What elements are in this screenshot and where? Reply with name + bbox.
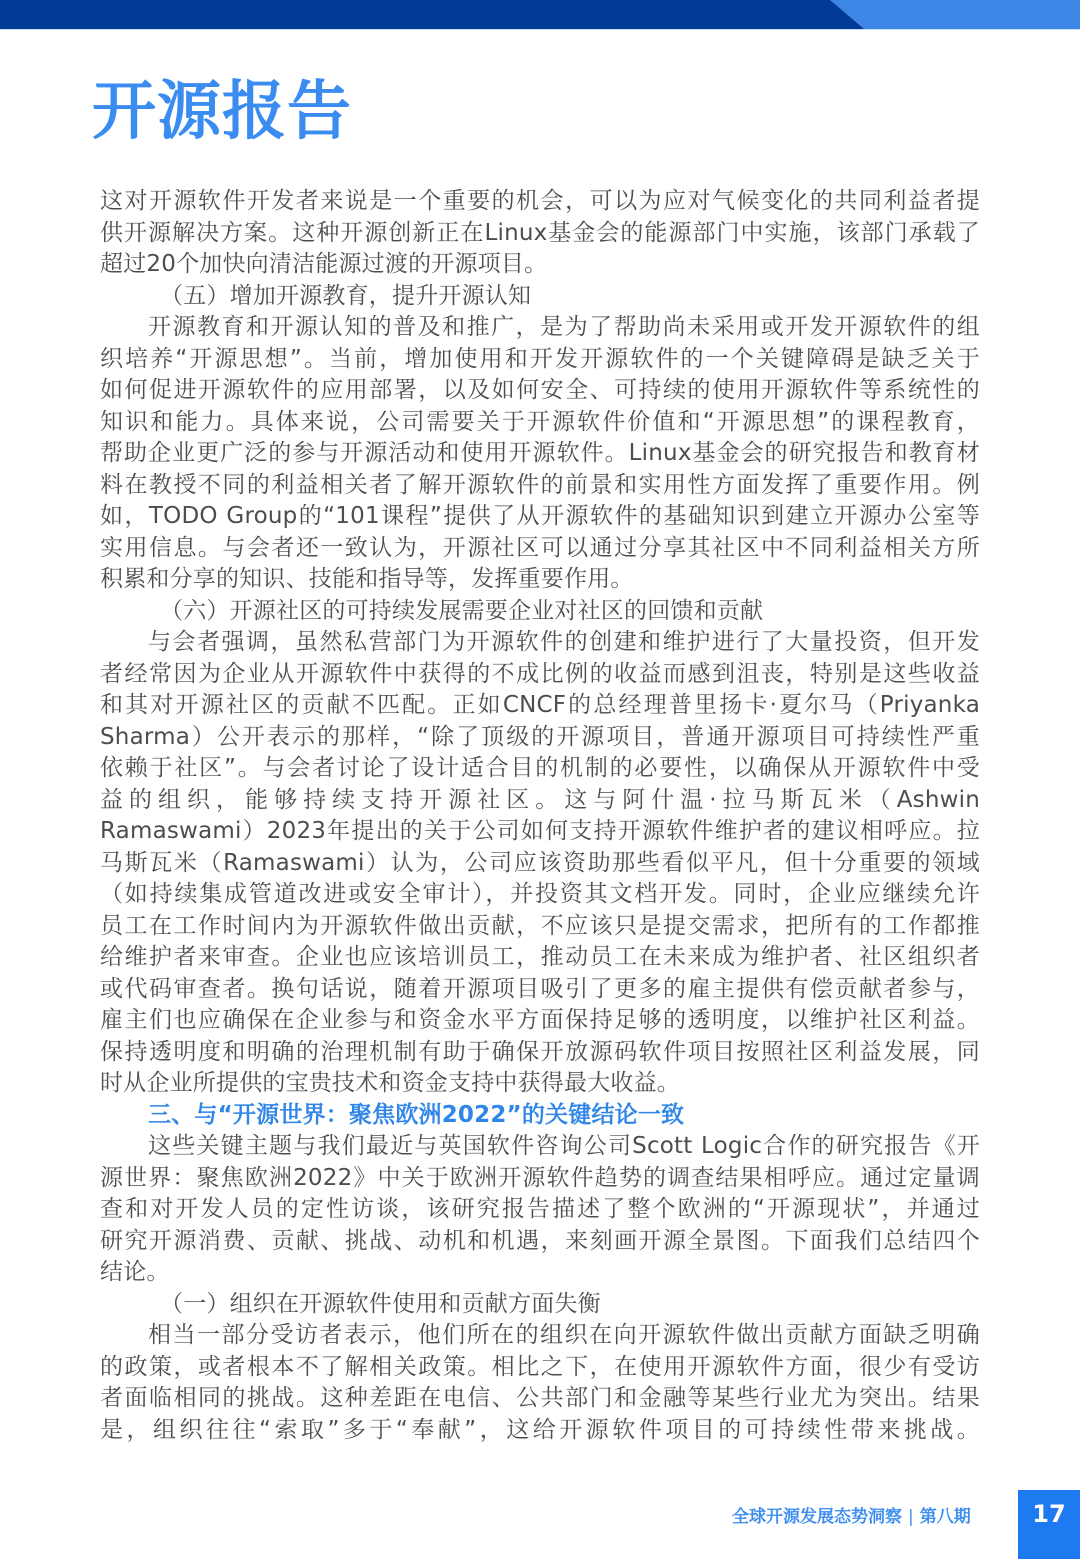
header-divider (0, 29, 1080, 30)
body-text-line: 查和对开发人员的定性访谈，该研究报告描述了整个欧洲的“开源现状”，并通过 (100, 1194, 980, 1226)
paragraph-last-line: 超过20个加快向清洁能源过渡的开源项目。 (100, 249, 980, 281)
body-text-line: （如持续集成管道改进或安全审计），并投资其文档开发。同时，企业应继续允许 (100, 879, 980, 911)
footer-separator: | (908, 1507, 914, 1527)
body-text-line: 的政策，或者根本不了解相关政策。相比之下，在使用开源软件方面，很少有受访 (100, 1352, 980, 1384)
body-text-line: 这对开源软件开发者来说是一个重要的机会，可以为应对气候变化的共同利益者提 (100, 186, 980, 218)
publication-name: 全球开源发展态势洞察 (732, 1507, 902, 1527)
body-text-line: 源世界：聚焦欧洲2022》中关于欧洲开源软件趋势的调查结果相呼应。通过定量调 (100, 1163, 980, 1195)
section-heading: 三、与“开源世界：聚焦欧洲2022”的关键结论一致 (100, 1100, 980, 1132)
paragraph-first-line: 这些关键主题与我们最近与英国软件咨询公司Scott Logic合作的研究报告《开 (100, 1131, 980, 1163)
header-accent-stripe (830, 0, 1080, 29)
body-text-line: 给维护者来审查。企业也应该培训员工，推动员工在未来成为维护者、社区组织者 (100, 942, 980, 974)
paragraph-first-line: 相当一部分受访者表示，他们所在的组织在向开源软件做出贡献方面缺乏明确 (100, 1320, 980, 1352)
footer-publication: 全球开源发展态势洞察|第八期 (732, 1502, 971, 1527)
body-text-line: 益的组织，能够持续支持开源社区。这与阿什温·拉马斯瓦米（Ashwin (100, 785, 980, 817)
page-number: 17 (1018, 1490, 1080, 1559)
body-text-line: Ramaswami）2023年提出的关于公司如何支持开源软件维护者的建议相呼应。… (100, 816, 980, 848)
body-text-line: 研究开源消费、贡献、挑战、动机和机遇，来刻画开源全景图。下面我们总结四个 (100, 1226, 980, 1258)
body-text-line: 者面临相同的挑战。这种差距在电信、公共部门和金融等某些行业尤为突出。结果 (100, 1383, 980, 1415)
body-text-line: 和其对开源社区的贡献不匹配。正如CNCF的总经理普里扬卡·夏尔马（Priyank… (100, 690, 980, 722)
article-body: 这对开源软件开发者来说是一个重要的机会，可以为应对气候变化的共同利益者提供开源解… (100, 186, 980, 1446)
body-text-line: 知识和能力。具体来说，公司需要关于开源软件价值和“开源思想”的课程教育， (100, 407, 980, 439)
body-text-line: 者经常因为企业从开源软件中获得的不成比例的收益而感到沮丧，特别是这些收益 (100, 659, 980, 691)
body-text-line: 或代码审查者。换句话说，随着开源项目吸引了更多的雇主提供有偿贡献者参与， (100, 974, 980, 1006)
subsection-heading: （五）增加开源教育，提升开源认知 (100, 281, 980, 313)
paragraph-first-line: 开源教育和开源认知的普及和推广，是为了帮助尚未采用或开发开源软件的组 (100, 312, 980, 344)
subsection-heading: （一）组织在开源软件使用和贡献方面失衡 (100, 1289, 980, 1321)
page-title: 开源报告 (92, 76, 352, 148)
paragraph-last-line: 结论。 (100, 1257, 980, 1289)
body-text-line: 保持透明度和明确的治理机制有助于确保开放源码软件项目按照社区利益发展，同 (100, 1037, 980, 1069)
paragraph-last-line: 时从企业所提供的宝贵技术和资金支持中获得最大收益。 (100, 1068, 980, 1100)
body-text-line: 依赖于社区”。与会者讨论了设计适合目的机制的必要性，以确保从开源软件中受 (100, 753, 980, 785)
body-text-line: 雇主们也应确保在企业参与和资金水平方面保持足够的透明度，以维护社区利益。 (100, 1005, 980, 1037)
paragraph-last-line: 积累和分享的知识、技能和指导等，发挥重要作用。 (100, 564, 980, 596)
body-text-line: 马斯瓦米（Ramaswami）认为，公司应该资助那些看似平凡，但十分重要的领域 (100, 848, 980, 880)
paragraph-first-line: 与会者强调，虽然私营部门为开源软件的创建和维护进行了大量投资，但开发 (100, 627, 980, 659)
body-text-line: 如何促进开源软件的应用部署，以及如何安全、可持续的使用开源软件等系统性的 (100, 375, 980, 407)
body-text-line: Sharma）公开表示的那样，“除了顶级的开源项目，普通开源项目可持续性严重 (100, 722, 980, 754)
body-text-line: 供开源解决方案。这种开源创新正在Linux基金会的能源部门中实施，该部门承载了 (100, 218, 980, 250)
body-text-line: 是，组织往往“索取”多于“奉献”，这给开源软件项目的可持续性带来挑战。 (100, 1415, 980, 1447)
body-text-line: 员工在工作时间内为开源软件做出贡献，不应该只是提交需求，把所有的工作都推 (100, 911, 980, 943)
body-text-line: 料在教授不同的利益相关者了解开源软件的前景和实用性方面发挥了重要作用。例 (100, 470, 980, 502)
body-text-line: 如，TODO Group的“101课程”提供了从开源软件的基础知识到建立开源办公… (100, 501, 980, 533)
body-text-line: 实用信息。与会者还一致认为，开源社区可以通过分享其社区中不同利益相关方所 (100, 533, 980, 565)
issue-label: 第八期 (920, 1507, 971, 1527)
body-text-line: 帮助企业更广泛的参与开源活动和使用开源软件。Linux基金会的研究报告和教育材 (100, 438, 980, 470)
header-bar (0, 0, 1080, 29)
subsection-heading: （六）开源社区的可持续发展需要企业对社区的回馈和贡献 (100, 596, 980, 628)
body-text-line: 织培养“开源思想”。当前，增加使用和开发开源软件的一个关键障碍是缺乏关于 (100, 344, 980, 376)
